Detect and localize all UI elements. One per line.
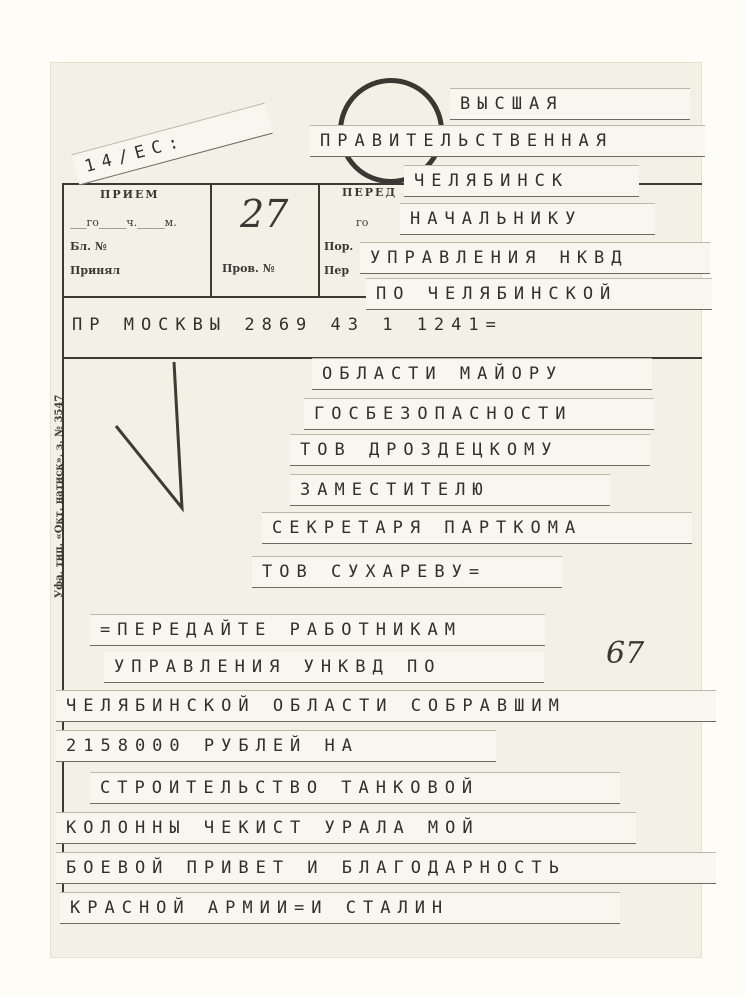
recipient-line-5: СЕКРЕТАРЯ ПАРТКОМА <box>262 512 692 544</box>
form-divider-1 <box>210 183 212 296</box>
body-line-7: БОЕВОЙ ПРИВЕТ И БЛАГОДАРНОСТЬ <box>56 852 716 884</box>
transmitted-label: Пер <box>324 264 349 277</box>
address-line-1: ВЫСШАЯ <box>450 88 690 120</box>
body-line-2: УПРАВЛЕНИЯ УНКВД ПО <box>104 652 544 683</box>
accepted-label: Принял <box>70 264 120 277</box>
check-no-value: 27 <box>240 192 288 236</box>
address-line-6: ПО ЧЕЛЯБИНСКОЙ <box>366 278 712 310</box>
printer-imprint: Уфа, тип. «Окт. натиск», з. № 3547 <box>54 395 65 598</box>
handwritten-sheet-number: 67 <box>606 636 644 671</box>
check-no-label: Пров. № <box>222 262 275 275</box>
transmission-time: го <box>356 216 368 229</box>
form-divider-2 <box>318 183 320 296</box>
service-line: ПР МОСКВЫ 2869 43 1 1241= <box>62 310 702 340</box>
bl-no-label: Бл. № <box>70 240 107 253</box>
address-line-2: ПРАВИТЕЛЬСТВЕННАЯ <box>310 125 705 157</box>
body-line-1: =ПЕРЕДАЙТЕ РАБОТНИКАМ <box>90 614 545 646</box>
address-line-4: НАЧАЛЬНИКУ <box>400 203 655 235</box>
recipient-line-2: ГОСБЕЗОПАСНОСТИ <box>304 398 654 430</box>
body-line-3: ЧЕЛЯБИНСКОЙ ОБЛАСТИ СОБРАВШИМ <box>56 690 716 722</box>
address-line-3: ЧЕЛЯБИНСК <box>404 165 639 197</box>
recipient-line-4: ЗАМЕСТИТЕЛЮ <box>290 474 610 506</box>
reception-time: ___го_____ч._____м. <box>70 216 177 229</box>
address-line-5: УПРАВЛЕНИЯ НКВД <box>360 242 710 274</box>
body-line-6: КОЛОННЫ ЧЕКИСТ УРАЛА МОЙ <box>56 812 636 844</box>
recipient-line-3: ТОВ ДРОЗДЕЦКОМУ <box>290 434 650 466</box>
check-mark-icon <box>110 360 200 520</box>
body-line-5: СТРОИТЕЛЬСТВО ТАНКОВОЙ <box>90 772 620 804</box>
transmission-header: ПЕРЕД <box>342 186 397 199</box>
recipient-line-6: ТОВ СУХАРЕВУ= <box>252 556 562 588</box>
body-line-8: КРАСНОЙ АРМИИ=И СТАЛИН <box>60 892 620 924</box>
order-no-label: Пор. <box>324 240 353 253</box>
reception-header: ПРИЕМ <box>100 188 160 201</box>
recipient-line-1: ОБЛАСТИ МАЙОРУ <box>312 358 652 390</box>
body-line-4: 2158000 РУБЛЕЙ НА <box>56 730 496 762</box>
